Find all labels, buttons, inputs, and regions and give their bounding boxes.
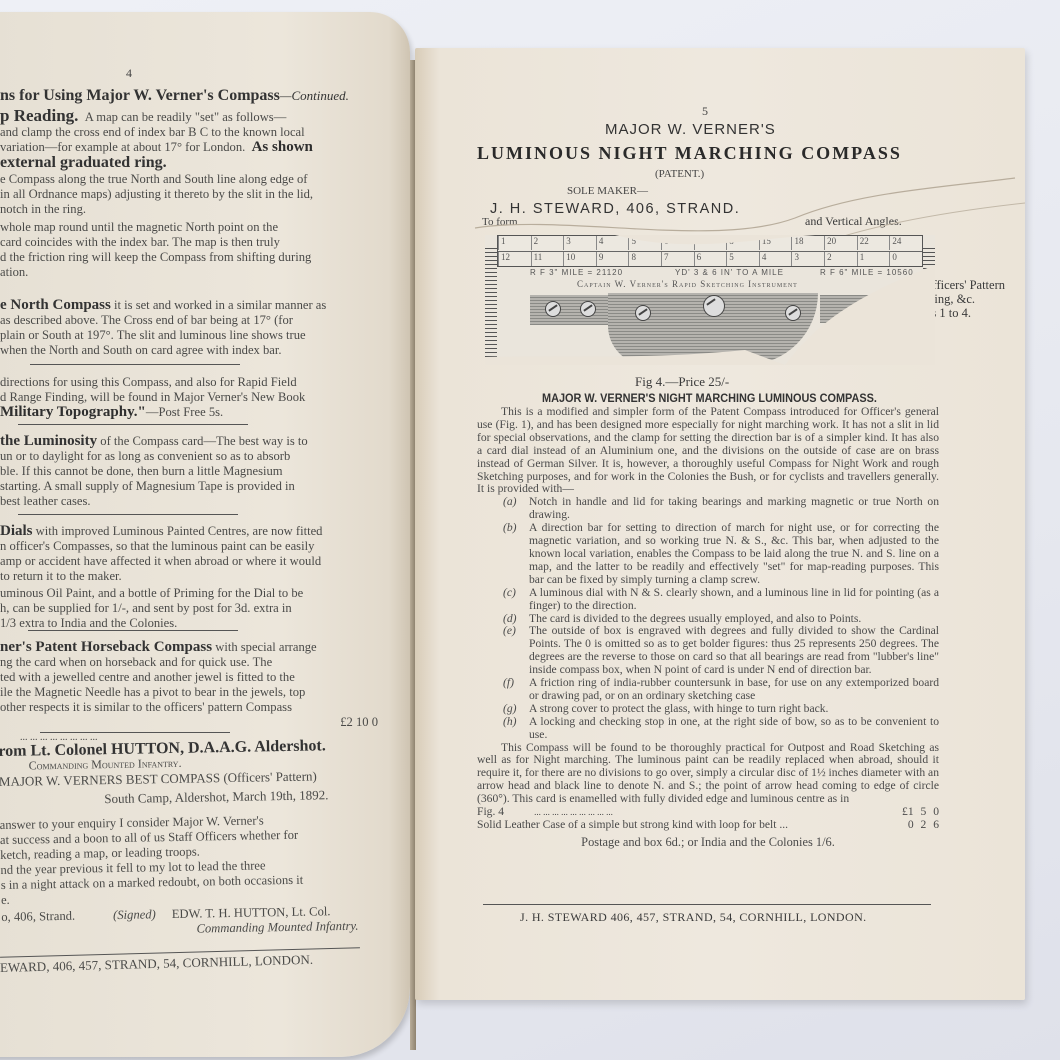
feature-text: A friction ring of india-rubber counters…	[529, 677, 939, 703]
feature-item: (e)The outside of box is engraved with d…	[503, 625, 939, 677]
map-reading-heading: p Reading.	[0, 106, 78, 125]
horseback-heading: ner's Patent Horseback Compass	[0, 639, 212, 655]
text-line: uminous Oil Paint, and a bottle of Primi…	[0, 586, 390, 601]
text-line: best leather cases.	[0, 494, 390, 509]
text-line: it is set and worked in a similar manner…	[114, 298, 326, 312]
luminosity-heading: the Luminosity	[0, 433, 97, 449]
text-line: notch in the ring.	[0, 202, 390, 217]
intro-paragraph: This is a modified and simpler form of t…	[477, 406, 939, 496]
book-price: —Post Free 5s.	[146, 405, 223, 419]
dials-heading: Dials	[0, 523, 33, 539]
text-line: ted with a jewelled centre and another j…	[0, 670, 390, 685]
feature-label: (a)	[503, 496, 529, 522]
feature-text: The outside of box is engraved with degr…	[529, 625, 939, 677]
north-compass-section: e North Compass it is set and worked in …	[0, 298, 390, 358]
testimonial-section: rom Lt. Colonel HUTTON, D.A.A.G. Aldersh…	[0, 737, 392, 940]
testimonial-date: South Camp, Aldershot, March 19th, 1892.	[0, 786, 389, 808]
feature-text: A direction bar for setting to direction…	[529, 522, 939, 587]
horseback-section: ner's Patent Horseback Compass with spec…	[0, 640, 390, 745]
divider	[30, 364, 240, 365]
text-line: directions for using this Compass, and a…	[0, 375, 390, 390]
text-line: ation.	[0, 265, 390, 280]
divider	[18, 514, 238, 515]
map-reading-section: p Reading. A map can be readily "set" as…	[0, 108, 390, 280]
book-title: Military Topography."	[0, 404, 146, 420]
feature-item: (a)Notch in handle and lid for taking be…	[503, 496, 939, 522]
feature-item: (b)A direction bar for setting to direct…	[503, 522, 939, 587]
divider	[40, 732, 230, 733]
text-line: and clamp the cross end of index bar B C…	[0, 125, 390, 140]
text-line: ile the Magnetic Needle has a pivot to b…	[0, 685, 390, 700]
page-header: ns for Using Major W. Verner's Compass—C…	[0, 88, 390, 103]
book-note-section: directions for using this Compass, and a…	[0, 375, 390, 420]
footer-rule	[483, 904, 931, 905]
feature-item: (h)A locking and checking stop in one, a…	[503, 716, 939, 742]
feature-label: (h)	[503, 716, 529, 742]
feature-label: (f)	[503, 677, 529, 703]
right-page: 5 MAJOR W. VERNER'S LUMINOUS NIGHT MARCH…	[415, 48, 1025, 1000]
right-footer: J. H. STEWARD 406, 457, STRAND, 54, CORN…	[520, 910, 867, 925]
text-line: of the Compass card—The best way is to	[100, 434, 307, 448]
postage-note: Postage and box 6d.; or India and the Co…	[477, 836, 939, 849]
feature-text: A luminous dial with N & S. clearly show…	[529, 587, 939, 613]
torn-paper-overlay	[485, 235, 935, 365]
feature-item: (g)A strong cover to protect the glass, …	[503, 703, 939, 716]
text-line: starting. A small supply of Magnesium Ta…	[0, 479, 390, 494]
sketching-instrument-illustration: 123456781518202224 1211109876543210 R F …	[485, 235, 935, 365]
section-heading: MAJOR W. VERNER'S NIGHT MARCHING LUMINOU…	[542, 391, 877, 405]
text-line: ng the card when on horseback and for qu…	[0, 655, 390, 670]
north-compass-heading: e North Compass	[0, 297, 111, 313]
header-continued: —Continued.	[280, 88, 349, 103]
left-page: 4 ns for Using Major W. Verner's Compass…	[0, 12, 410, 1057]
horseback-price: £2 10 0	[340, 715, 378, 730]
price-row: Solid Leather Case of a simple but stron…	[477, 819, 939, 832]
feature-label: (c)	[503, 587, 529, 613]
text-line: external graduated ring.	[0, 155, 390, 170]
features-list: (a)Notch in handle and lid for taking be…	[477, 496, 939, 741]
text-line: un or to daylight for as long as conveni…	[0, 449, 390, 464]
signed-label: (Signed)	[113, 907, 156, 922]
text-line: amp or accident have affected it when ab…	[0, 554, 390, 569]
text-line: to return it to the maker.	[0, 569, 390, 584]
closing-paragraph: This Compass will be found to be thoroug…	[477, 742, 939, 807]
divider	[28, 630, 238, 631]
text-line: with special arrange	[215, 640, 316, 654]
feature-label: (e)	[503, 625, 529, 677]
testimonial-address: o, 406, Strand.	[1, 909, 75, 924]
text-line: whole map round until the magnetic North…	[0, 220, 390, 235]
text-line: when the North and South on card agree w…	[0, 343, 390, 358]
text-bold: As shown	[252, 139, 313, 155]
text-line: 1/3 extra to India and the Colonies.	[0, 616, 390, 631]
page-number: 4	[126, 66, 132, 81]
feature-label: (g)	[503, 703, 529, 716]
text-line: n officer's Compasses, so that the lumin…	[0, 539, 390, 554]
text-line: as described above. The Cross end of bar…	[0, 313, 390, 328]
feature-item: (f)A friction ring of india-rubber count…	[503, 677, 939, 703]
feature-item: (c)A luminous dial with N & S. clearly s…	[503, 587, 939, 613]
price-item: Solid Leather Case of a simple but stron…	[477, 819, 908, 832]
text-line: with improved Luminous Painted Centres, …	[36, 524, 323, 538]
text-line: A map can be readily "set" as follows—	[85, 110, 287, 124]
text-line: ble. If this cannot be done, then burn a…	[0, 464, 390, 479]
text-line: e Compass along the true North and South…	[0, 172, 390, 187]
text-line: h, can be supplied for 1/-, and sent by …	[0, 601, 390, 616]
figure-caption: Fig 4.—Price 25/-	[635, 374, 729, 390]
divider	[18, 424, 248, 425]
header-title: ns for Using Major W. Verner's Compass	[0, 87, 280, 104]
page-number: 5	[702, 104, 708, 119]
signatory: EDW. T. H. HUTTON, Lt. Col.	[172, 904, 331, 921]
feature-text: Notch in handle and lid for taking beari…	[529, 496, 939, 522]
feature-text: A strong cover to protect the glass, wit…	[529, 703, 939, 716]
price-value: 0 2 6	[908, 819, 939, 832]
title-line-1: MAJOR W. VERNER'S	[605, 121, 776, 138]
left-footer: EWARD, 406, 457, STRAND, 54, CORNHILL, L…	[0, 950, 390, 975]
feature-text: A locking and checking stop in one, at t…	[529, 716, 939, 742]
text-line: d the friction ring will keep the Compas…	[0, 250, 390, 265]
text-line: in all Ordnance maps) adjusting it there…	[0, 187, 390, 202]
text-line: d Range Finding, will be found in Major …	[0, 390, 390, 405]
dials-section: Dials with improved Luminous Painted Cen…	[0, 524, 390, 631]
luminosity-section: the Luminosity of the Compass card—The b…	[0, 434, 390, 509]
text-line: card coincides with the index bar. The m…	[0, 235, 390, 250]
feature-label: (b)	[503, 522, 529, 587]
description-body: This is a modified and simpler form of t…	[477, 406, 939, 849]
text-line: other respects it is similar to the offi…	[0, 700, 390, 715]
text-line: plain or South at 197°. The slit and lum…	[0, 328, 390, 343]
text-line: variation—for example at about 17° for L…	[0, 140, 245, 154]
